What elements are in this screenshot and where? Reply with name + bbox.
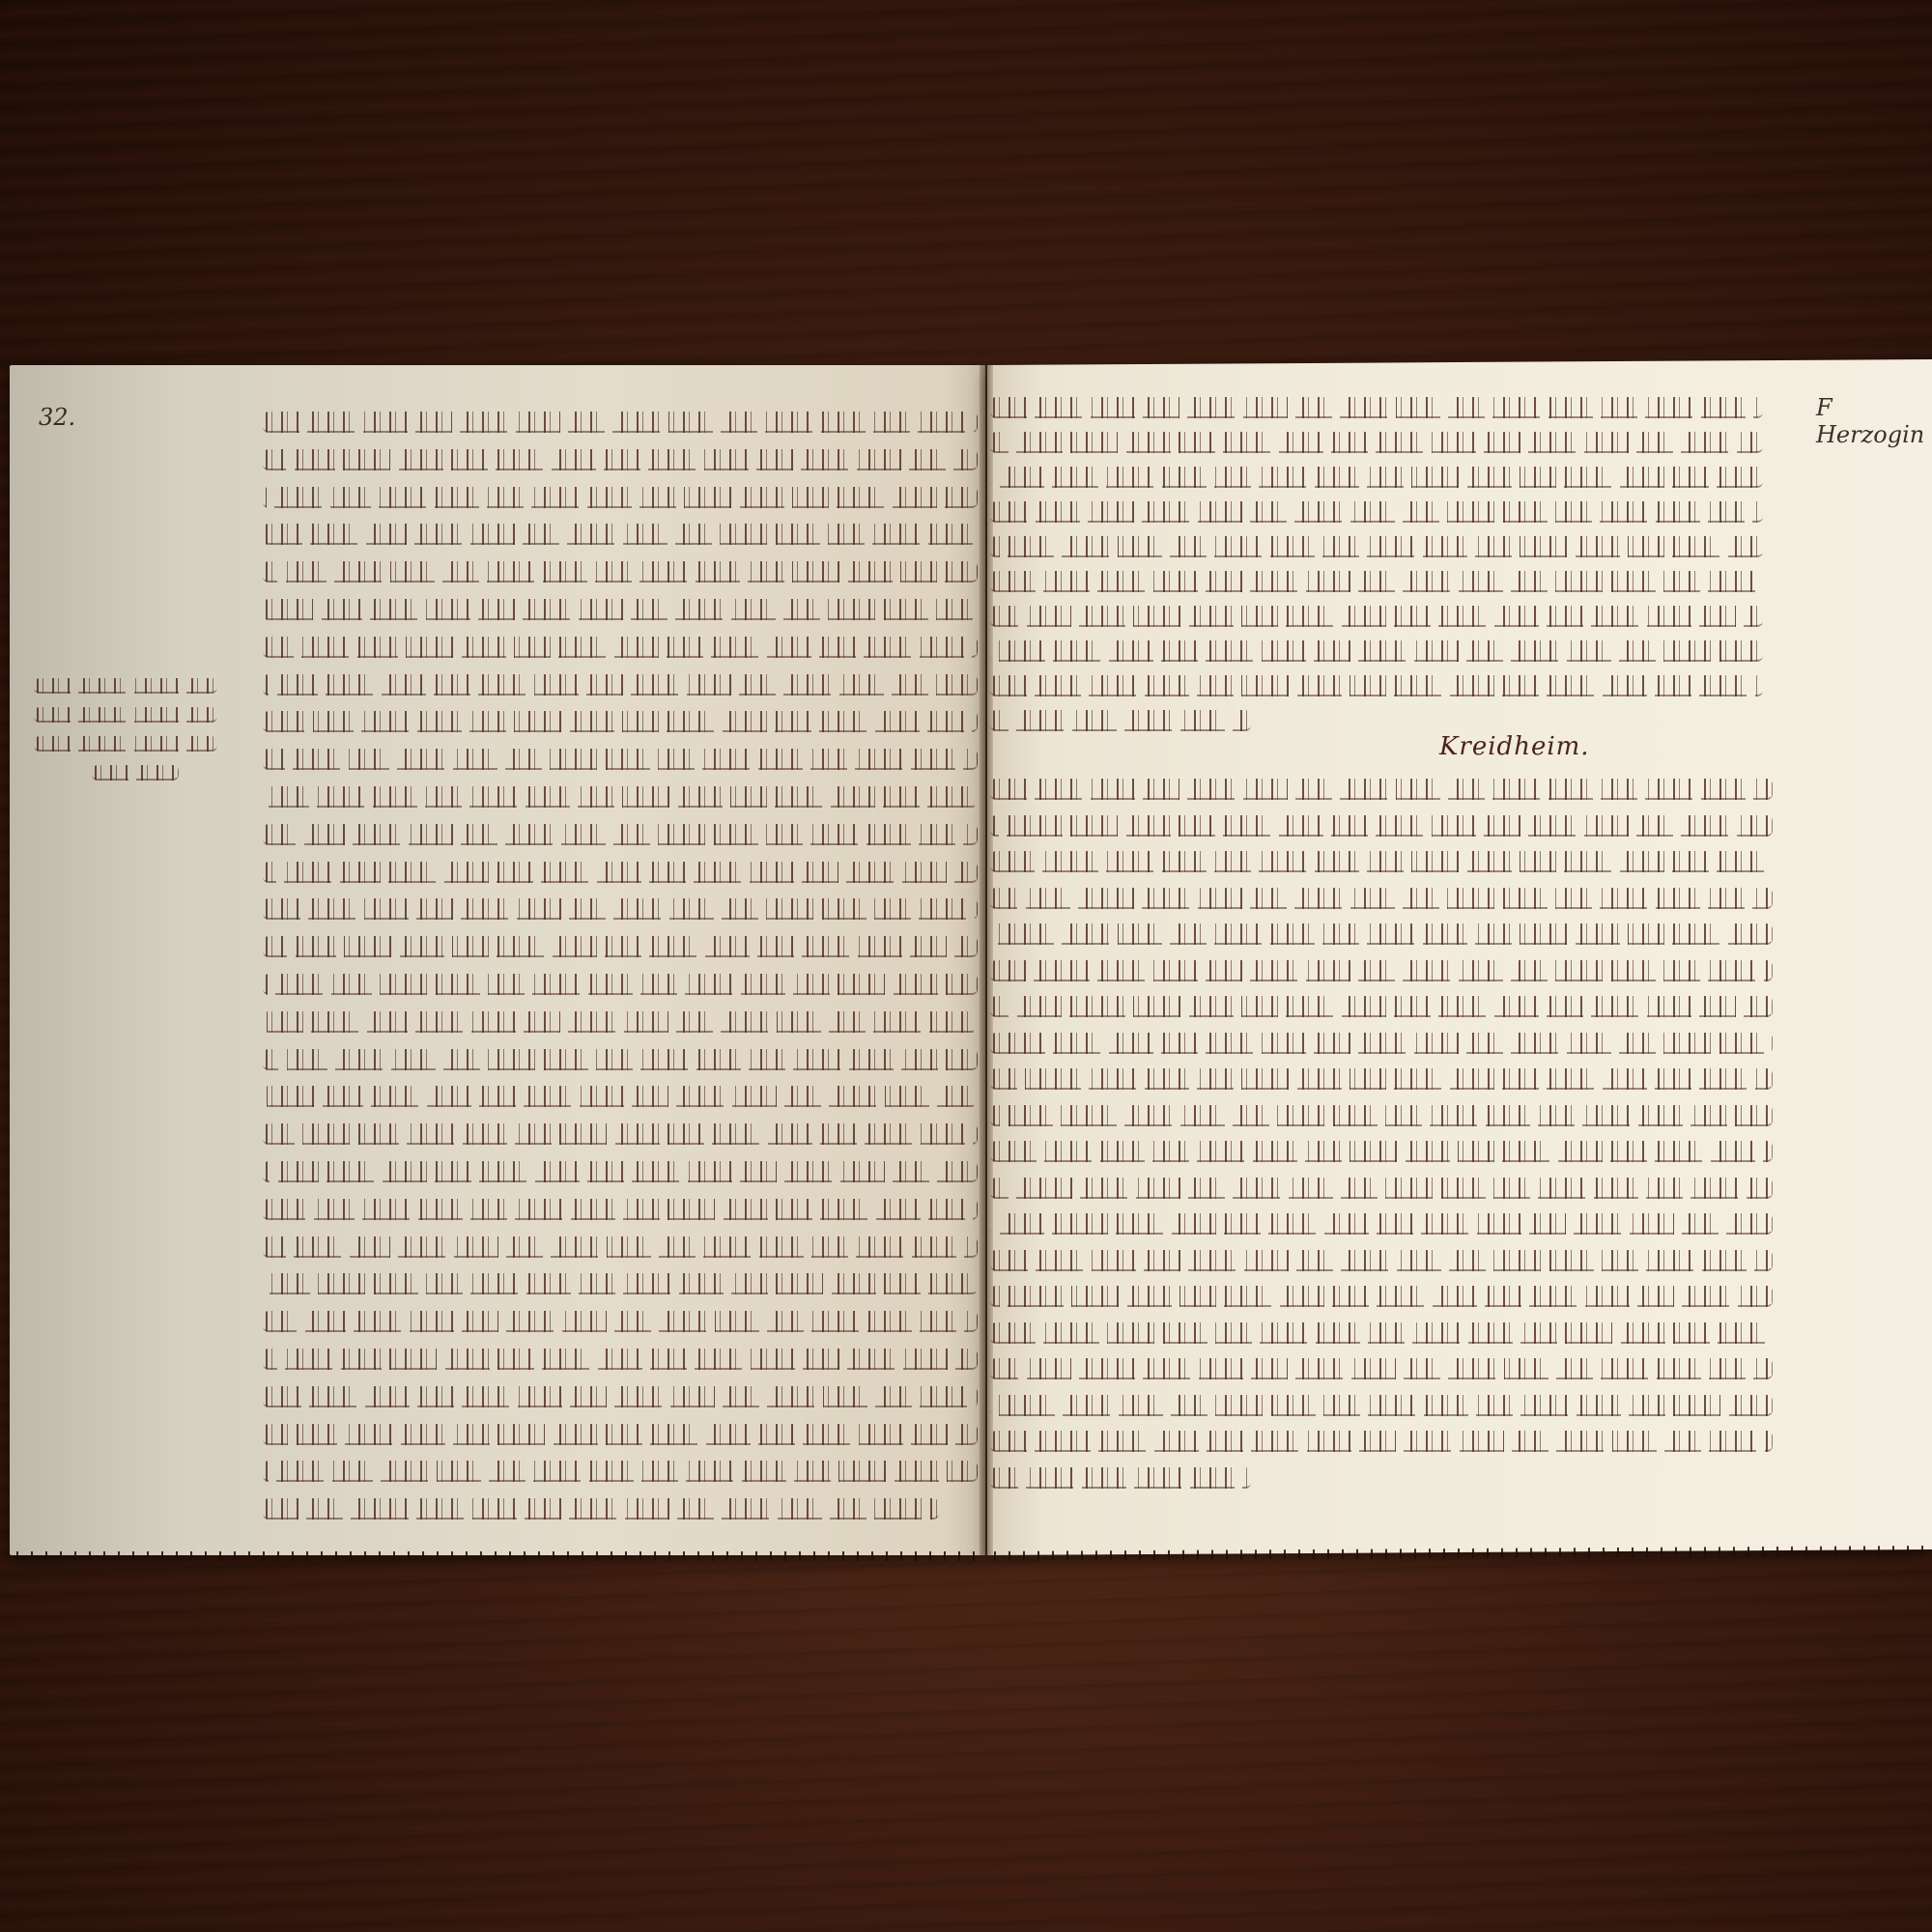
section-heading: Kreidheim. (1439, 732, 1590, 761)
handwritten-line (990, 1280, 1773, 1309)
handwritten-line (990, 391, 1763, 420)
ink-stroke (990, 923, 1773, 945)
ink-stroke (990, 501, 1763, 523)
handwritten-line (263, 1193, 978, 1222)
handwritten-line (990, 1207, 1773, 1236)
handwritten-line (990, 954, 1773, 983)
ink-stroke (263, 974, 978, 995)
ink-stroke (990, 960, 1773, 981)
handwritten-line (263, 593, 978, 622)
ink-stroke (263, 1461, 978, 1482)
ink-stroke (263, 786, 978, 808)
ink-stroke (263, 524, 978, 545)
deckle-edge (10, 1551, 985, 1561)
handwritten-line (990, 882, 1773, 911)
handwritten-line (263, 631, 978, 660)
ink-stroke (990, 1068, 1773, 1090)
deckle-edge (987, 1546, 1932, 1561)
handwritten-line (990, 1462, 1251, 1491)
ink-stroke (263, 1011, 978, 1033)
ink-stroke (263, 674, 978, 696)
handwritten-line (263, 743, 978, 772)
handwritten-line (263, 1155, 978, 1184)
handwritten-line (263, 1231, 978, 1260)
ink-stroke (263, 749, 978, 770)
ink-stroke (263, 487, 978, 508)
handwritten-line (990, 669, 1763, 698)
handwritten-line (990, 426, 1763, 455)
ink-stroke (990, 1250, 1773, 1271)
handwritten-line (263, 1492, 939, 1521)
handwritten-line (990, 496, 1763, 525)
ink-stroke (263, 1349, 978, 1370)
handwritten-line (263, 443, 978, 472)
ink-stroke (263, 1273, 978, 1294)
ink-stroke (263, 824, 978, 845)
ink-stroke (263, 1049, 978, 1070)
ink-stroke (263, 637, 978, 658)
ink-stroke (263, 1424, 978, 1445)
margin-ink-stroke (92, 765, 179, 781)
handwritten-line (263, 518, 978, 547)
handwritten-line (263, 481, 978, 510)
margin-ink-stroke (34, 736, 217, 752)
ink-stroke (263, 412, 978, 433)
ink-stroke (263, 1161, 978, 1182)
handwritten-line (990, 635, 1763, 664)
ink-stroke (990, 1141, 1773, 1162)
handwritten-line (263, 1418, 978, 1447)
ink-stroke (263, 1236, 978, 1258)
ink-stroke (263, 711, 978, 732)
ink-stroke (990, 1395, 1773, 1416)
right-margin-note: F Herzogin (1816, 394, 1932, 448)
handwritten-line (263, 1267, 978, 1296)
ink-stroke (263, 1311, 978, 1332)
handwritten-line (263, 1305, 978, 1334)
ink-stroke (990, 815, 1773, 837)
ink-stroke (263, 1086, 978, 1107)
ink-stroke (990, 1358, 1773, 1379)
ink-stroke (990, 1178, 1773, 1199)
ink-stroke (990, 851, 1773, 872)
handwritten-line (990, 1135, 1773, 1164)
handwritten-line (990, 704, 1251, 733)
ink-stroke (990, 1213, 1773, 1235)
ink-stroke (263, 862, 978, 883)
handwritten-line (990, 1099, 1773, 1128)
handwritten-line (263, 818, 978, 847)
handwritten-line (263, 1343, 978, 1372)
page-number: 32. (39, 404, 75, 431)
ink-stroke (263, 1199, 978, 1220)
ink-stroke (263, 936, 978, 957)
handwritten-line (990, 1317, 1773, 1346)
ink-stroke (990, 467, 1763, 488)
ink-stroke (990, 1322, 1773, 1344)
margin-ink-stroke (34, 678, 217, 694)
ink-stroke (990, 1033, 1773, 1054)
handwritten-line (990, 1425, 1773, 1454)
ink-stroke (990, 1467, 1251, 1489)
ink-stroke (990, 536, 1763, 557)
handwritten-line (990, 810, 1773, 838)
handwritten-line (263, 705, 978, 734)
ink-stroke (263, 1386, 978, 1407)
ink-stroke (990, 571, 1763, 592)
ink-stroke (990, 640, 1763, 662)
handwritten-line (990, 1352, 1773, 1381)
handwritten-line (990, 461, 1763, 490)
ink-stroke (990, 432, 1763, 453)
ink-stroke (990, 397, 1763, 418)
handwritten-line (990, 1172, 1773, 1201)
handwritten-line (990, 565, 1763, 594)
handwritten-line (263, 930, 978, 959)
ink-stroke (990, 996, 1773, 1017)
handwritten-line (990, 1063, 1773, 1092)
handwritten-line (263, 668, 978, 697)
handwritten-line (990, 845, 1773, 874)
ink-stroke (990, 606, 1763, 627)
handwritten-line (263, 781, 978, 810)
ink-stroke (990, 710, 1251, 731)
handwritten-line (990, 530, 1763, 559)
ink-stroke (990, 1431, 1773, 1452)
handwritten-line (990, 990, 1773, 1019)
ink-stroke (990, 1286, 1773, 1307)
ink-stroke (263, 1123, 978, 1145)
handwritten-line (263, 1380, 978, 1409)
ink-stroke (263, 449, 978, 470)
margin-ink-stroke (34, 707, 217, 723)
ink-stroke (263, 561, 978, 582)
ink-stroke (990, 888, 1773, 909)
ink-stroke (263, 898, 978, 920)
handwritten-line (263, 555, 978, 584)
handwritten-line (990, 1389, 1773, 1418)
ink-stroke (990, 779, 1773, 800)
ink-stroke (263, 1498, 939, 1520)
handwritten-line (263, 406, 978, 435)
handwritten-line (990, 773, 1773, 802)
handwritten-line (263, 1043, 978, 1072)
handwritten-line (990, 600, 1763, 629)
ink-stroke (990, 1105, 1773, 1126)
handwritten-line (990, 918, 1773, 947)
handwritten-line (263, 1006, 978, 1035)
ink-stroke (263, 599, 978, 620)
handwritten-line (263, 893, 978, 922)
handwritten-line (263, 1455, 978, 1484)
handwritten-line (990, 1244, 1773, 1273)
handwritten-line (263, 1118, 978, 1147)
ink-stroke (990, 675, 1763, 696)
handwritten-line (990, 1027, 1773, 1056)
handwritten-line (263, 968, 978, 997)
handwritten-line (263, 1080, 978, 1109)
handwritten-line (263, 856, 978, 885)
